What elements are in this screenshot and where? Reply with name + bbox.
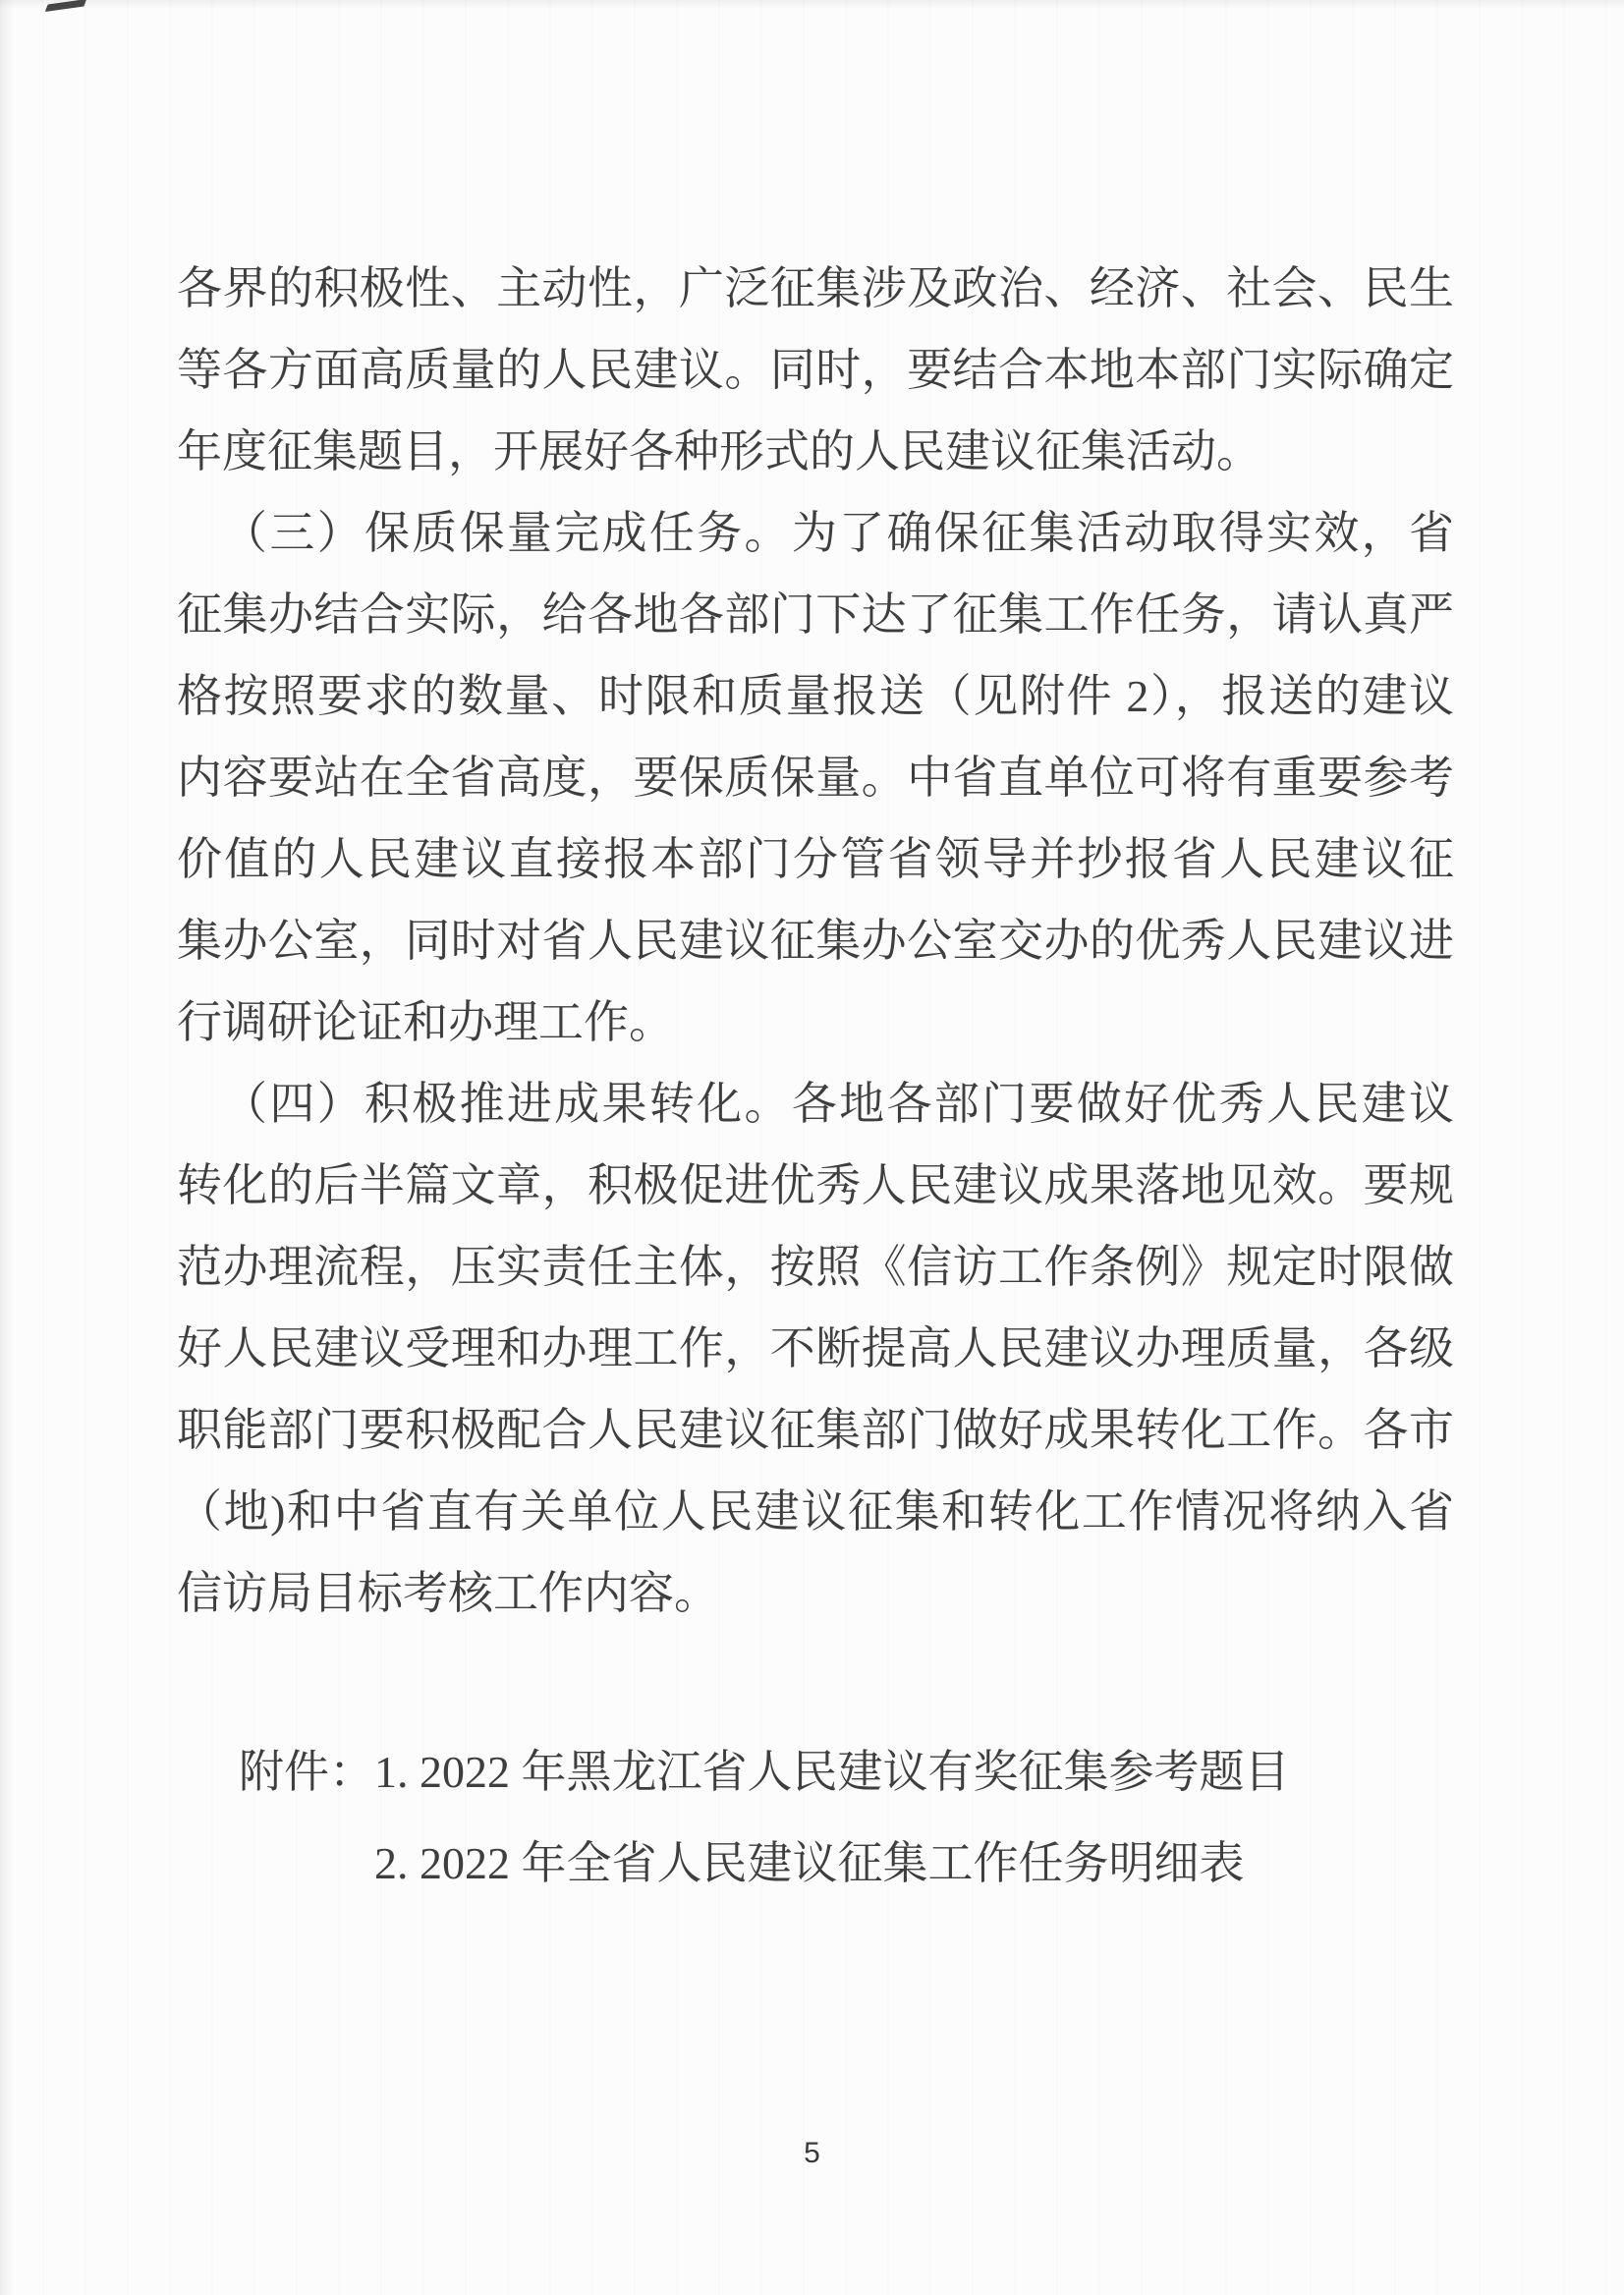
text-line: 好人民建议受理和办理工作，不断提高人民建议办理质量，各级: [177, 1308, 1454, 1389]
attachments-label: 附件：: [239, 1747, 374, 1797]
attachment-item: 2. 2022 年全省人民建议征集工作任务明细表: [374, 1838, 1245, 1888]
text-line: 征集办结合实际，给各地各部门下达了征集工作任务，请认真严: [177, 574, 1454, 655]
page-footer: 5: [0, 2136, 1624, 2171]
attachment-line: 附件：1. 2022 年黑龙江省人民建议有奖征集参考题目: [239, 1726, 1290, 1818]
text-line: 内容要站在全省高度，要保质保量。中省直单位可将有重要参考: [177, 737, 1454, 818]
text-line: 价值的人民建议直接报本部门分管省领导并抄报省人民建议征: [177, 818, 1454, 900]
paragraph: 各界的积极性、主动性，广泛征集涉及政治、经济、社会、民生等各方面高质量的人民建议…: [177, 248, 1454, 492]
document-body: 各界的积极性、主动性，广泛征集涉及政治、经济、社会、民生等各方面高质量的人民建议…: [177, 248, 1454, 1634]
text-line: 各界的积极性、主动性，广泛征集涉及政治、经济、社会、民生: [177, 248, 1454, 329]
text-line: （三）保质保量完成任务。为了确保征集活动取得实效，省: [177, 492, 1454, 574]
text-line: 格按照要求的数量、时限和质量报送（见附件 2），报送的建议: [177, 655, 1454, 737]
text-line: 转化的后半篇文章，积极促进优秀人民建议成果落地见效。要规: [177, 1145, 1454, 1226]
page-number: 5: [804, 2137, 820, 2169]
text-line: （四）积极推进成果转化。各地各部门要做好优秀人民建议: [177, 1063, 1454, 1145]
attachment-item: 1. 2022 年黑龙江省人民建议有奖征集参考题目: [374, 1747, 1290, 1797]
attachments-block: 附件：1. 2022 年黑龙江省人民建议有奖征集参考题目 2. 2022 年全省…: [239, 1726, 1290, 1909]
text-line: 年度征集题目，开展好各种形式的人民建议征集活动。: [177, 411, 1454, 492]
text-line: （地)和中省直有关单位人民建议征集和转化工作情况将纳入省: [177, 1471, 1454, 1552]
text-line: 等各方面高质量的人民建议。同时，要结合本地本部门实际确定: [177, 329, 1454, 411]
text-line: 职能部门要积极配合人民建议征集部门做好成果转化工作。各市: [177, 1389, 1454, 1471]
text-line: 集办公室，同时对省人民建议征集办公室交办的优秀人民建议进: [177, 900, 1454, 981]
attachment-line: 2. 2022 年全省人民建议征集工作任务明细表: [239, 1818, 1290, 1909]
text-line: 行调研论证和办理工作。: [177, 981, 1454, 1063]
text-line: 信访局目标考核工作内容。: [177, 1552, 1454, 1634]
text-line: 范办理流程，压实责任主体，按照《信访工作条例》规定时限做: [177, 1226, 1454, 1308]
paragraph: （三）保质保量完成任务。为了确保征集活动取得实效，省征集办结合实际，给各地各部门…: [177, 492, 1454, 1063]
paragraph: （四）积极推进成果转化。各地各部门要做好优秀人民建议转化的后半篇文章，积极促进优…: [177, 1063, 1454, 1634]
